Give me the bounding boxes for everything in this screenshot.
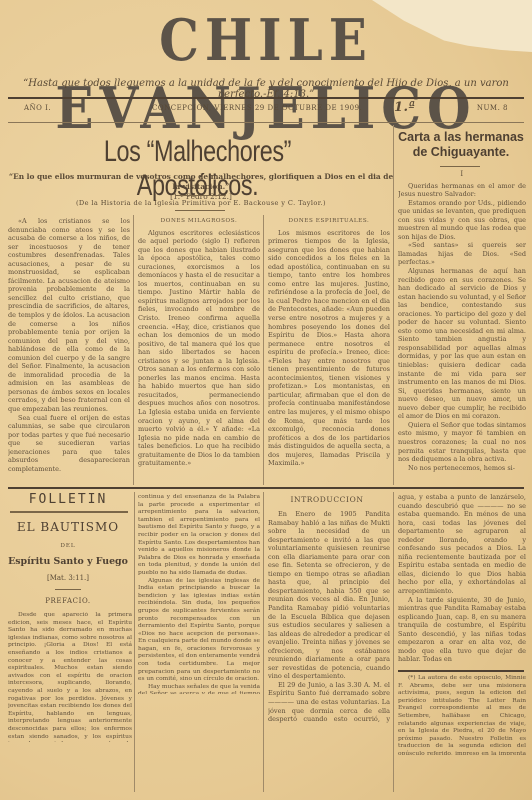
- paragraph: agua, y estaba a punto de lanzárselo, cu…: [398, 493, 526, 596]
- article-column-3: DONES ESPIRITUALES. Los mismos escritore…: [268, 217, 390, 487]
- handwritten-note: 1.ª: [394, 100, 415, 115]
- footnote-text: (*) La autora de este opúsculo, Minnie F…: [398, 675, 526, 755]
- footnote: (*) La autora de este opúsculo, Minnie F…: [398, 675, 526, 755]
- divider: [10, 511, 128, 513]
- introduccion-heading: INTRODUCCION: [262, 495, 392, 504]
- folletin-label: FOLLETIN: [6, 492, 130, 507]
- section-heading: DONES MILAGROSOS.: [138, 217, 260, 226]
- epigraph-text: “En lo que ellos murmuran de vosotros co…: [6, 172, 396, 192]
- column-rule: [263, 215, 264, 485]
- paragraph: A la tarde siguiente, 30 de Junio, mient…: [398, 596, 526, 663]
- folletin-ref: [Mat. 3:11.]: [6, 574, 130, 582]
- paragraph: «A los cristianos se los denunciaba como…: [8, 217, 130, 414]
- paragraph: Algunos escritores eclesiásticos de aque…: [138, 229, 260, 468]
- folletin-del: DEL: [6, 543, 130, 549]
- paragraph: En Enero de 1905 Pandita Ramabay habló a…: [268, 510, 390, 681]
- paragraph: continua y del enseñanza de la Palabra l…: [138, 494, 260, 578]
- column-rule: [393, 125, 394, 485]
- carta-body: I Queridas hermanas en el amor de Jesus …: [398, 170, 526, 488]
- salutation: Queridas hermanas en el amor de Jesus nu…: [398, 182, 526, 199]
- paragraph: Desde que apareció la primera edicion, s…: [8, 612, 132, 742]
- column-rule: [134, 492, 135, 792]
- divider: [8, 97, 524, 99]
- divider: [175, 210, 225, 211]
- paragraph: «Sed santas» si quereis ser llamadas hij…: [398, 241, 526, 267]
- article-column-1: «A los cristianos se los denunciaba como…: [8, 217, 130, 487]
- folletin-column-2: continua y del enseñanza de la Palabra l…: [138, 494, 260, 694]
- dateline: AÑO I. CONCEPCION, VIERNES 29 DE OCTUBRE…: [24, 104, 508, 118]
- divider: [8, 122, 524, 123]
- divider: [440, 166, 480, 167]
- paragraph: Hay muchas señales de que la venida del …: [138, 684, 260, 694]
- divider: [175, 195, 225, 196]
- paragraph: Quiera el Señor que todas sintamos esto …: [398, 421, 526, 464]
- paragraph: Algunas de las iglesias inglesas de Indi…: [138, 578, 260, 684]
- section-number: I: [398, 170, 526, 179]
- article-column-2: DONES MILAGROSOS. Algunos escritores ecl…: [138, 217, 260, 487]
- article-source: (De la Historia de la Iglesia Primitiva …: [6, 199, 396, 207]
- article-epigraph: “En lo que ellos murmuran de vosotros co…: [6, 172, 396, 202]
- paragraph: Los mismos escritores de los primeros ti…: [268, 229, 390, 468]
- column-rule: [393, 492, 394, 792]
- folletin-title: EL BAUTISMO: [6, 520, 130, 534]
- column-rule: [263, 492, 264, 792]
- introduccion-body: En Enero de 1905 Pandita Ramabay habló a…: [268, 510, 390, 725]
- prefacio-body: Desde que apareció la primera edicion, s…: [8, 612, 132, 742]
- section-divider: [8, 487, 524, 489]
- paragraph: Algunas hermanas de aquí han recibido go…: [398, 267, 526, 421]
- paragraph: Estamos orando por Uds., pidiendo que un…: [398, 199, 526, 242]
- place-date: CONCEPCION, VIERNES 29 DE OCTUBRE DE 190…: [152, 104, 362, 112]
- issue-number: NUM. 8: [477, 104, 508, 112]
- section-heading: DONES ESPIRITUALES.: [268, 217, 390, 226]
- prefacio-heading: PREFACIO.: [6, 597, 130, 605]
- paragraph: Sea cual fuere el orijen de estas calumn…: [8, 414, 130, 474]
- folletin-column-4: agua, y estaba a punto de lanzárselo, cu…: [398, 493, 526, 663]
- divider: [55, 589, 81, 590]
- year-label: AÑO I.: [24, 104, 51, 112]
- paragraph: El 29 de Junio, a las 3.30 A. M. el Espí…: [268, 681, 390, 725]
- paragraph: No nos pertenecemos, hemos si-: [398, 464, 526, 473]
- column-rule: [133, 215, 134, 485]
- folletin-subtitle: Espíritu Santo y Fuego: [6, 556, 130, 567]
- carta-title: Carta a las hermanas de Chiguayante.: [393, 130, 529, 160]
- divider: [398, 670, 524, 672]
